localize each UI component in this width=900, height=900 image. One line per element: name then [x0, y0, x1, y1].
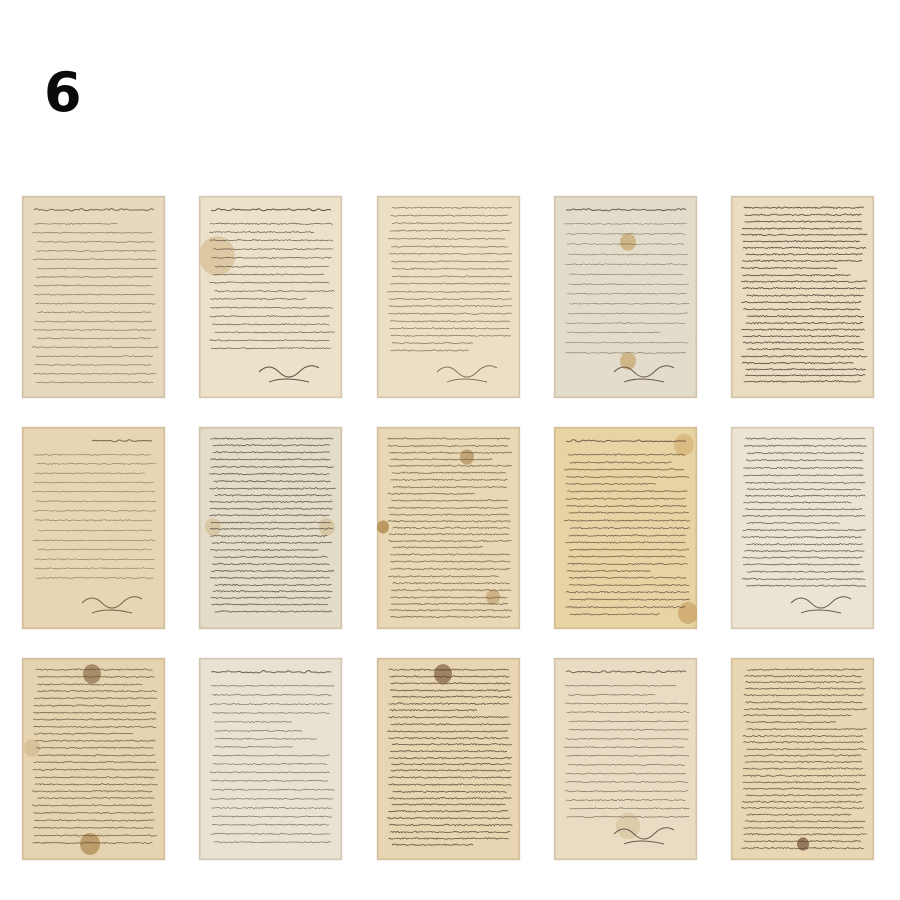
handwritten-page-image: [22, 427, 165, 629]
handwritten-page-image: [22, 658, 165, 860]
handwritten-page-image: [731, 196, 874, 398]
handwritten-page-image: [199, 427, 342, 629]
handwritten-page-image: [377, 196, 520, 398]
manuscript-sheet-12: [199, 658, 342, 860]
manuscript-sheet-1: [22, 196, 165, 398]
manuscript-sheet-8: [377, 427, 520, 629]
manuscript-sheet-13: [377, 658, 520, 860]
handwritten-page-image: [731, 658, 874, 860]
manuscript-grid: [22, 196, 874, 860]
handwritten-page-image: [554, 658, 697, 860]
handwritten-page-image: [554, 196, 697, 398]
handwritten-page-image: [377, 658, 520, 860]
handwritten-page-image: [377, 427, 520, 629]
manuscript-sheet-5: [731, 196, 874, 398]
manuscript-sheet-6: [22, 427, 165, 629]
manuscript-sheet-9: [554, 427, 697, 629]
manuscript-sheet-2: [199, 196, 342, 398]
manuscript-sheet-4: [554, 196, 697, 398]
handwritten-page-image: [199, 196, 342, 398]
handwritten-page-image: [554, 427, 697, 629]
handwritten-page-image: [731, 427, 874, 629]
manuscript-sheet-10: [731, 427, 874, 629]
set-number-label: 6: [44, 66, 81, 120]
manuscript-sheet-14: [554, 658, 697, 860]
manuscript-sheet-11: [22, 658, 165, 860]
handwritten-page-image: [22, 196, 165, 398]
manuscript-sheet-7: [199, 427, 342, 629]
handwritten-page-image: [199, 658, 342, 860]
manuscript-sheet-15: [731, 658, 874, 860]
manuscript-sheet-3: [377, 196, 520, 398]
